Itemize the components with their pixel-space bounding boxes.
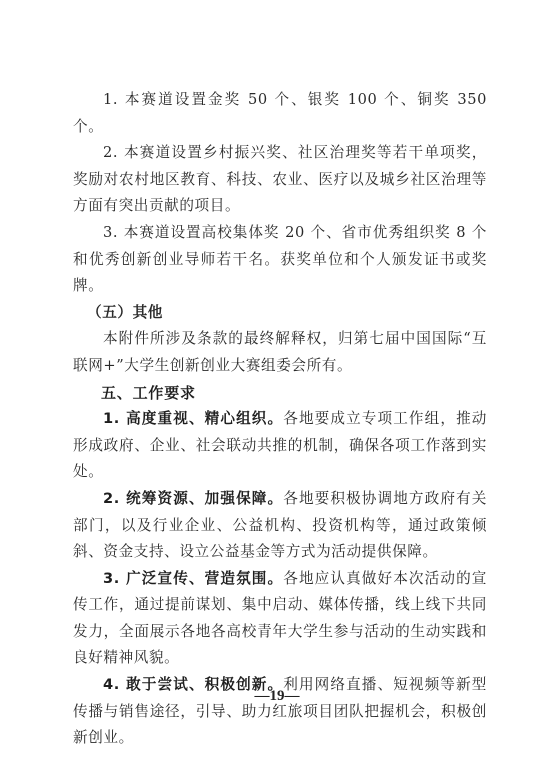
- paragraph-text: 3. 本赛道设置高校集体奖 20 个、省市优秀组织奖 8 个和优秀创新创业导师若…: [73, 224, 487, 294]
- paragraph-text: 本附件所涉及条款的最终解释权，归第七届中国国际“互联网+”大学生创新创业大赛组委…: [73, 330, 487, 374]
- section-heading-work-requirements: 五、工作要求: [73, 380, 487, 407]
- subheading-text: （五）其他: [87, 304, 163, 321]
- paragraph-text: 2. 本赛道设置乡村振兴奖、社区治理奖等若干单项奖，奖励对农村地区教育、科技、农…: [73, 144, 487, 214]
- requirement-item-3: 3. 广泛宣传、营造氛围。各地应认真做好本次活动的宣传工作，通过提前谋划、集中启…: [73, 566, 487, 672]
- award-item-3: 3. 本赛道设置高校集体奖 20 个、省市优秀组织奖 8 个和优秀创新创业导师若…: [73, 220, 487, 300]
- paragraph-text: 1. 本赛道设置金奖 50 个、银奖 100 个、铜奖 350 个。: [73, 91, 487, 135]
- requirement-lead: 1. 高度重视、精心组织。: [103, 410, 283, 427]
- page-number: —19—: [0, 688, 554, 705]
- requirement-lead: 3. 广泛宣传、营造氛围。: [103, 570, 283, 587]
- interpretation-clause: 本附件所涉及条款的最终解释权，归第七届中国国际“互联网+”大学生创新创业大赛组委…: [73, 326, 487, 379]
- requirement-lead: 2. 统筹资源、加强保障。: [103, 490, 283, 507]
- section-subheading-other: （五）其他: [73, 300, 487, 327]
- requirement-item-2: 2. 统筹资源、加强保障。各地要积极协调地方政府有关部门，以及行业企业、公益机构…: [73, 486, 487, 566]
- award-item-1: 1. 本赛道设置金奖 50 个、银奖 100 个、铜奖 350 个。: [73, 87, 487, 140]
- requirement-item-1: 1. 高度重视、精心组织。各地要成立专项工作组，推动形成政府、企业、社会联动共推…: [73, 406, 487, 486]
- award-item-2: 2. 本赛道设置乡村振兴奖、社区治理奖等若干单项奖，奖励对农村地区教育、科技、农…: [73, 140, 487, 220]
- document-body: 1. 本赛道设置金奖 50 个、银奖 100 个、铜奖 350 个。 2. 本赛…: [73, 87, 487, 752]
- requirement-item-4: 4. 敢于尝试、积极创新。利用网络直播、短视频等新型传播与销售途径，引导、助力红…: [73, 672, 487, 752]
- heading-text: 五、工作要求: [101, 384, 196, 402]
